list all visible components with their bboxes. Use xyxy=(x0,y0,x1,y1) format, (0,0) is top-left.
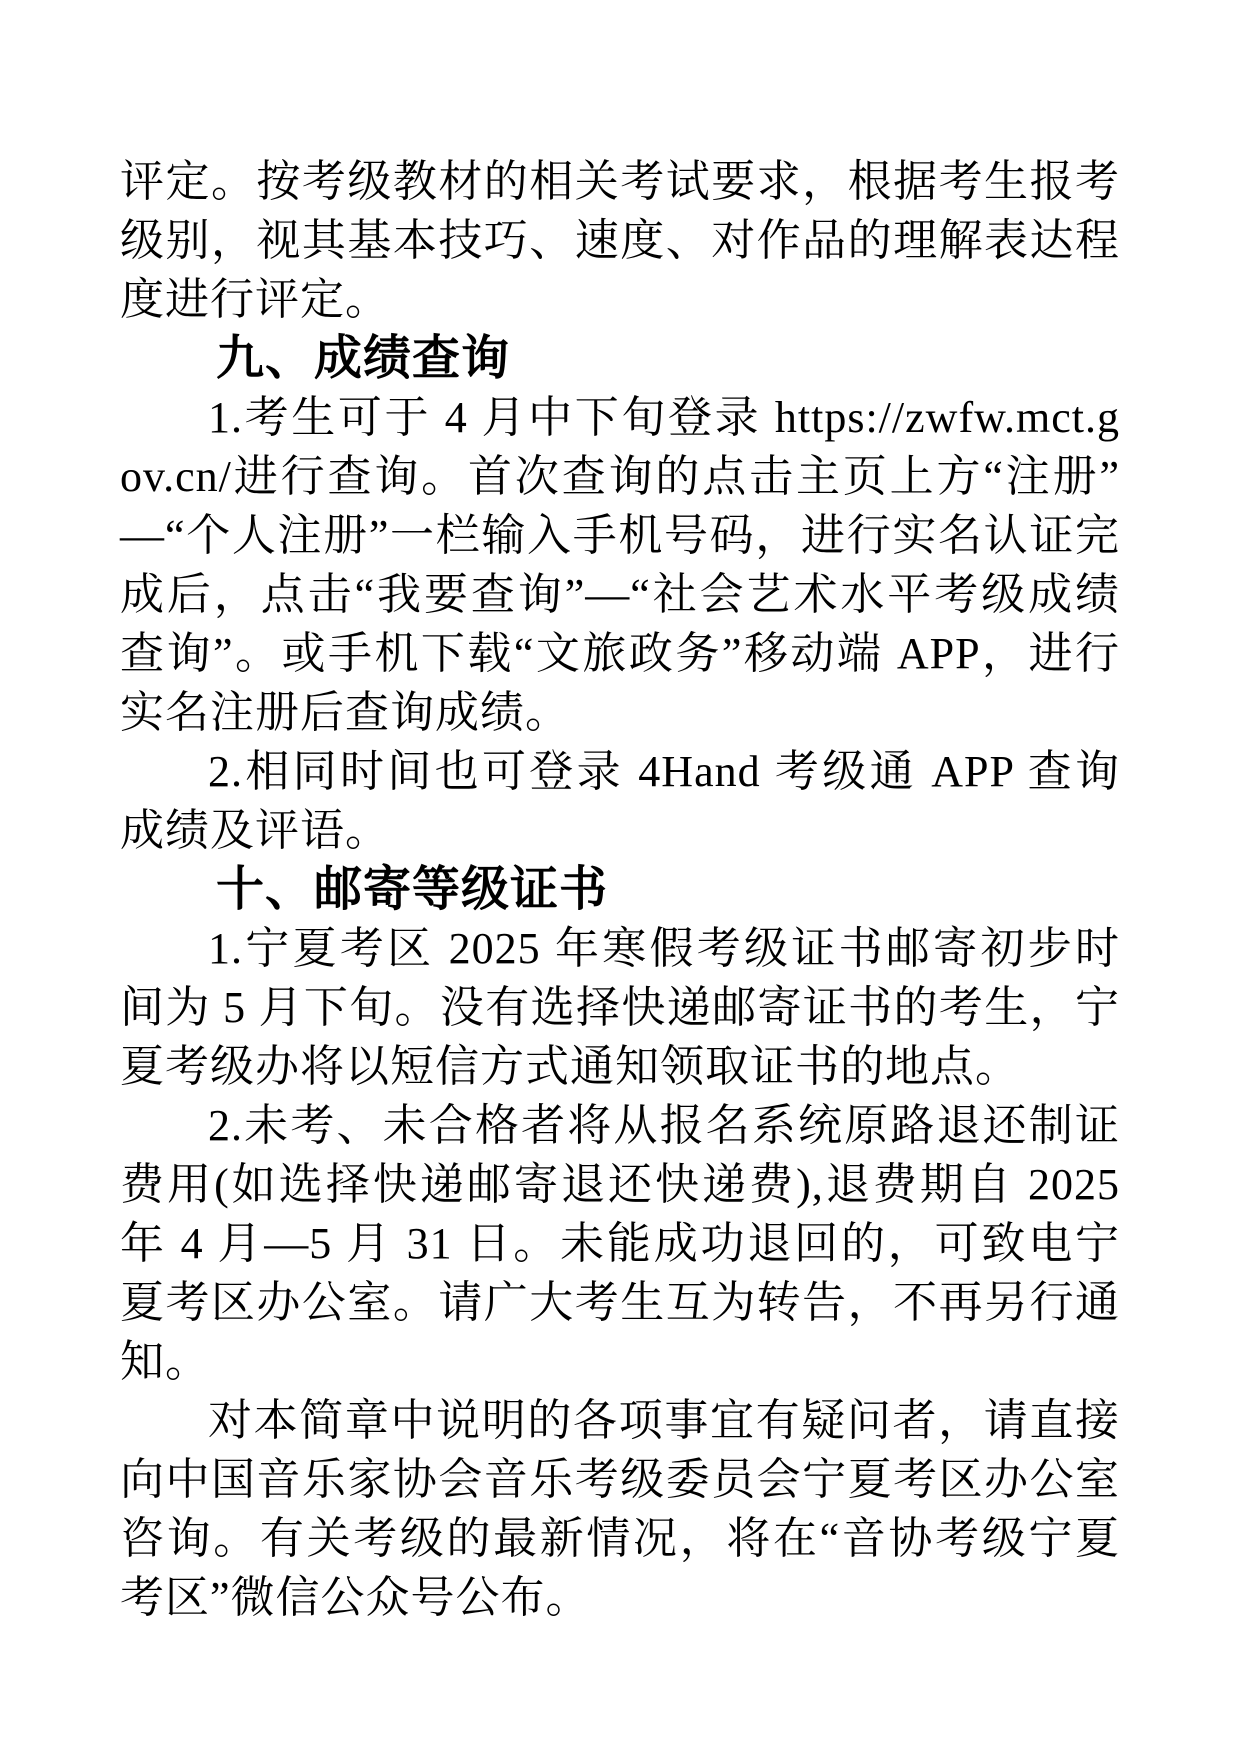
section-heading: 九、成绩查询 xyxy=(120,329,1120,388)
section-heading: 十、邮寄等级证书 xyxy=(120,860,1120,919)
body-paragraph: 2.相同时间也可登录 4Hand 考级通 APP 查询成绩及评语。 xyxy=(120,742,1120,860)
document-page: 评定。按考级教材的相关考试要求，根据考生报考级别，视其基本技巧、速度、对作品的理… xyxy=(0,0,1241,1754)
body-paragraph: 1.考生可于 4 月中下旬登录 https://zwfw.mct.gov.cn/… xyxy=(120,388,1120,742)
document-content: 评定。按考级教材的相关考试要求，根据考生报考级别，视其基本技巧、速度、对作品的理… xyxy=(120,152,1120,1627)
body-paragraph: 评定。按考级教材的相关考试要求，根据考生报考级别，视其基本技巧、速度、对作品的理… xyxy=(120,152,1120,329)
body-paragraph: 1.宁夏考区 2025 年寒假考级证书邮寄初步时间为 5 月下旬。没有选择快递邮… xyxy=(120,919,1120,1096)
body-paragraph: 2.未考、未合格者将从报名系统原路退还制证费用(如选择快递邮寄退还快递费),退费… xyxy=(120,1096,1120,1391)
body-paragraph: 对本简章中说明的各项事宜有疑问者，请直接向中国音乐家协会音乐考级委员会宁夏考区办… xyxy=(120,1391,1120,1627)
